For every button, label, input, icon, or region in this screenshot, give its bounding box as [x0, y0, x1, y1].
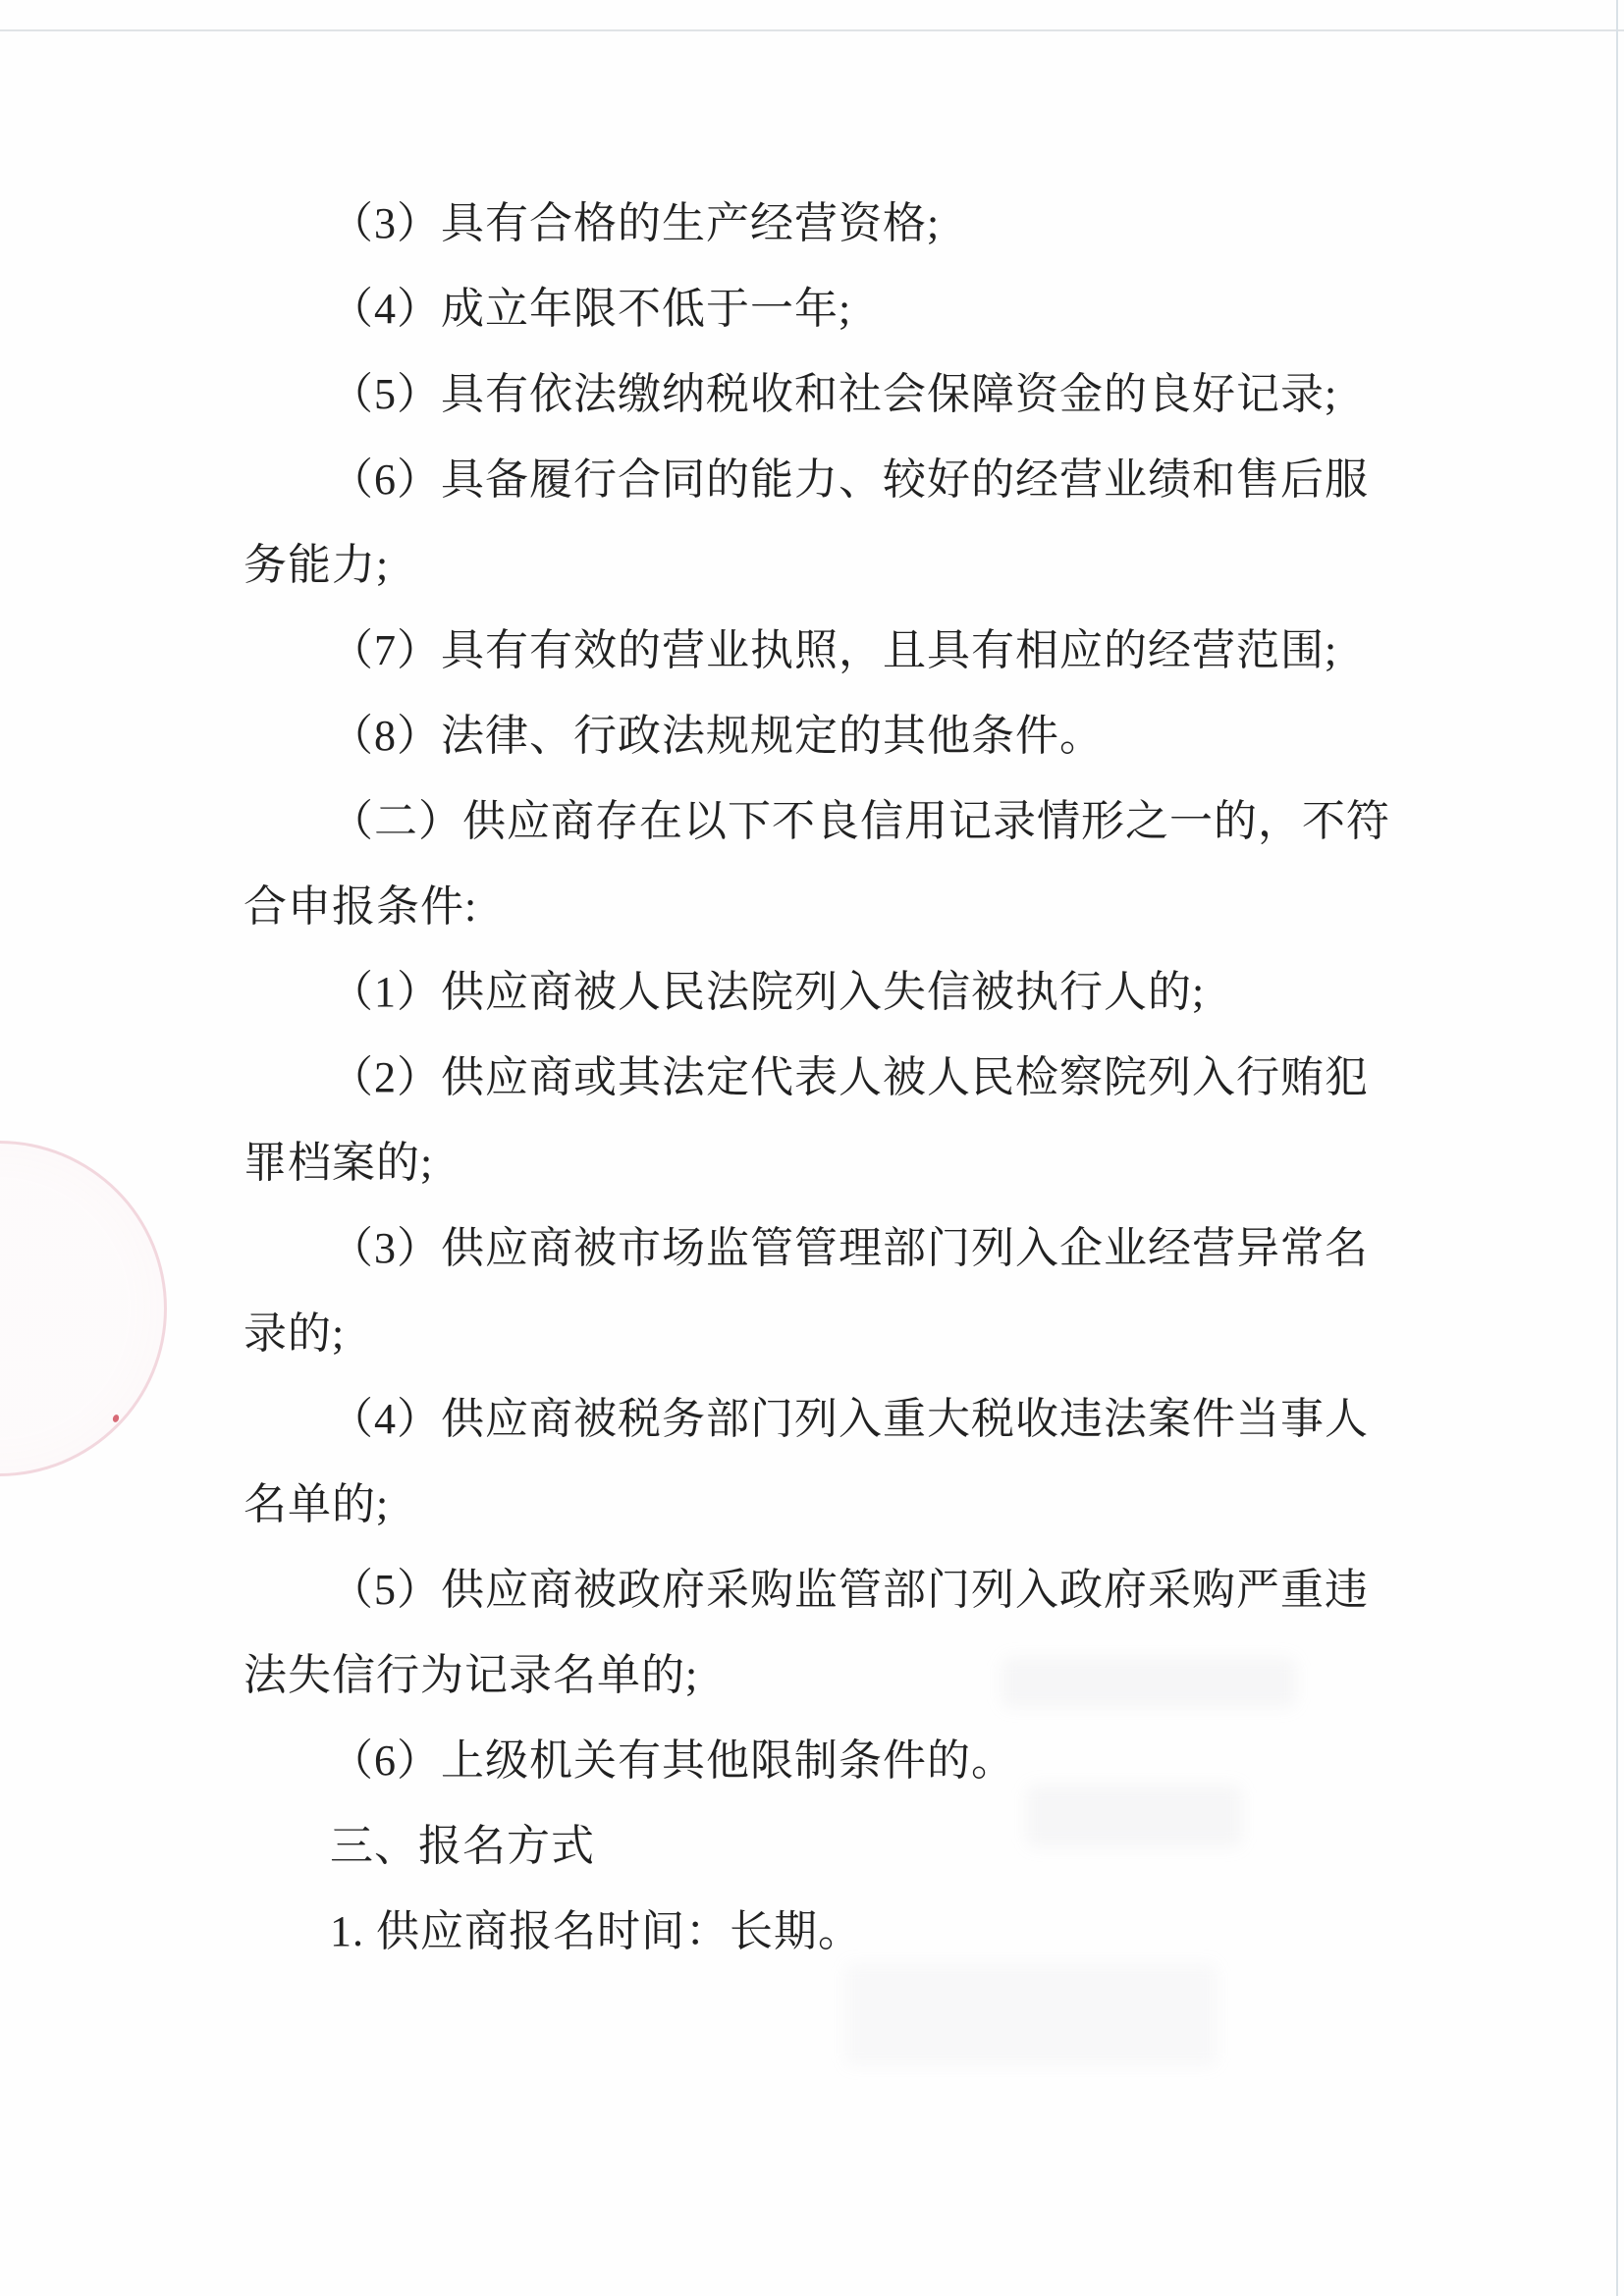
text-line: 1. 供应商报名时间：长期。	[244, 1889, 1402, 1974]
text-line: 合申报条件:	[244, 864, 1402, 949]
text-line: （3）供应商被市场监管管理部门列入企业经营异常名	[244, 1205, 1402, 1291]
text-line: （二）供应商存在以下不良信用记录情形之一的，不符	[244, 778, 1402, 864]
document-text-block: （3）具有合格的生产经营资格;（4）成立年限不低于一年;（5）具有依法缴纳税收和…	[244, 181, 1402, 1974]
text-line: 务能力;	[244, 522, 1402, 608]
text-line: （5）供应商被政府采购监管部门列入政府采购严重违	[244, 1547, 1402, 1632]
text-line: 录的;	[244, 1291, 1402, 1376]
scan-top-edge-line	[0, 29, 1624, 31]
ink-bleed-ghost	[844, 1963, 1218, 2066]
text-line: （8）法律、行政法规规定的其他条件。	[244, 693, 1402, 778]
scan-right-edge-line	[1616, 0, 1618, 2296]
text-line: （4）供应商被税务部门列入重大税收违法案件当事人	[244, 1376, 1402, 1462]
text-line: （7）具有有效的营业执照，且具有相应的经营范围;	[244, 608, 1402, 693]
document-page: （3）具有合格的生产经营资格;（4）成立年限不低于一年;（5）具有依法缴纳税收和…	[0, 0, 1624, 2296]
red-stamp-arc	[0, 1141, 167, 1476]
text-line: （1）供应商被人民法院列入失信被执行人的;	[244, 949, 1402, 1035]
text-line: （5）具有依法缴纳税收和社会保障资金的良好记录;	[244, 351, 1402, 437]
text-line: （6）具备履行合同的能力、较好的经营业绩和售后服	[244, 437, 1402, 522]
text-line: 名单的;	[244, 1462, 1402, 1547]
text-line: 法失信行为记录名单的;	[244, 1632, 1402, 1718]
text-line: （3）具有合格的生产经营资格;	[244, 181, 1402, 266]
text-line: 三、报名方式	[244, 1803, 1402, 1889]
text-line: 罪档案的;	[244, 1120, 1402, 1205]
text-line: （6）上级机关有其他限制条件的。	[244, 1718, 1402, 1803]
text-line: （2）供应商或其法定代表人被人民检察院列入行贿犯	[244, 1035, 1402, 1120]
text-line: （4）成立年限不低于一年;	[244, 266, 1402, 351]
